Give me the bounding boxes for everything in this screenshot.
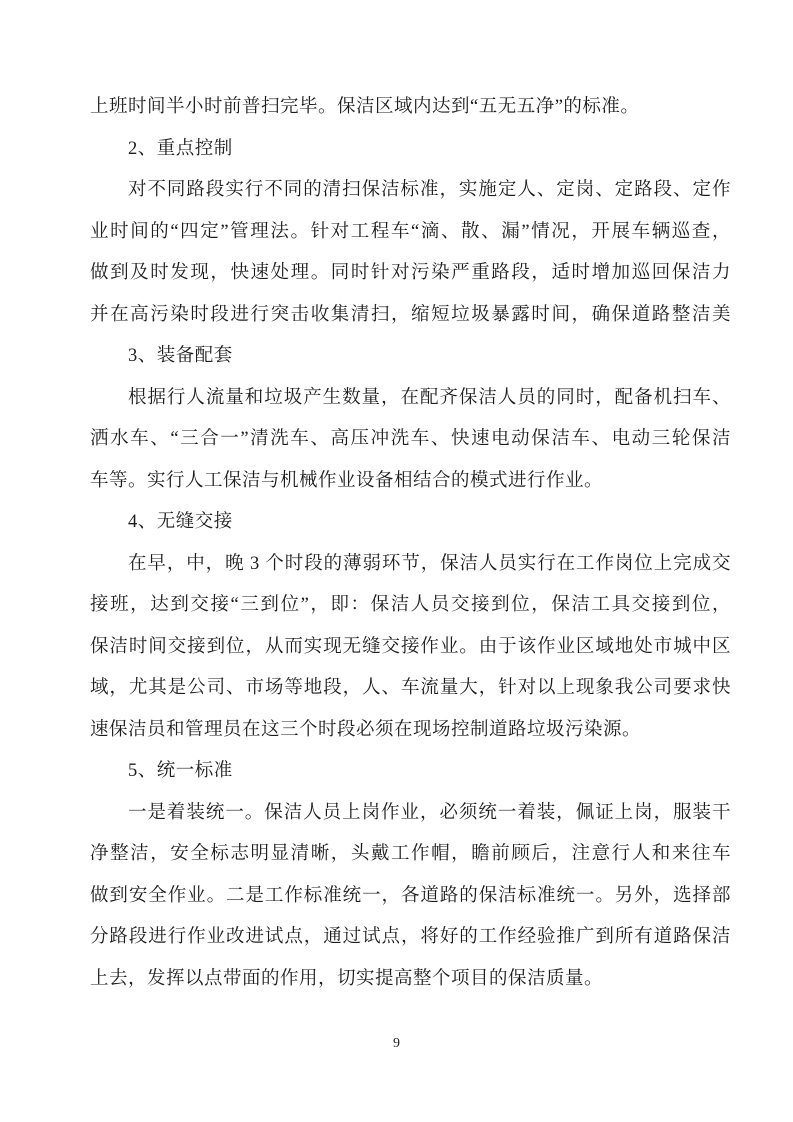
paragraph-line: 车等。实行人工保洁与机械作业设备相结合的模式进行作业。 xyxy=(90,461,731,503)
section-heading-equipment: 3、装备配套 xyxy=(90,336,731,378)
paragraph-line: 分路段进行作业改进试点，通过试点，将好的工作经验推广到所有道路保洁 xyxy=(90,917,731,959)
paragraph-line: 对不同路段实行不同的清扫保洁标准，实施定人、定岗、定路段、定作 xyxy=(90,170,731,212)
paragraph-line: 洒水车、“三合一”清洗车、高压冲洗车、快速电动保洁车、电动三轮保洁 xyxy=(90,419,731,461)
paragraph-line: 一是着装统一。保洁人员上岗作业，必须统一着装，佩证上岗，服装干 xyxy=(90,793,731,835)
paragraph-line: 并在高污染时段进行突击收集清扫，缩短垃圾暴露时间，确保道路整洁美观。 xyxy=(90,295,731,337)
document-page: 上班时间半小时前普扫完毕。保洁区域内达到“五无五净”的标准。 2、重点控制 对不… xyxy=(0,0,793,1122)
paragraph-line: 保洁时间交接到位，从而实现无缝交接作业。由于该作业区域地处市城中区 xyxy=(90,627,731,669)
paragraph-line: 做到安全作业。二是工作标准统一，各道路的保洁标准统一。另外，选择部 xyxy=(90,876,731,918)
paragraph-line: 业时间的“四定”管理法。针对工程车“滴、散、漏”情况，开展车辆巡查， xyxy=(90,212,731,254)
paragraph-line: 净整洁，安全标志明显清晰，头戴工作帽，瞻前顾后，注意行人和来往车辆， xyxy=(90,834,731,876)
paragraph-line: 上班时间半小时前普扫完毕。保洁区域内达到“五无五净”的标准。 xyxy=(90,87,731,129)
section-heading-key-control: 2、重点控制 xyxy=(90,129,731,171)
paragraph-line: 域，尤其是公司、市场等地段，人、车流量大，针对以上现象我公司要求快 xyxy=(90,668,731,710)
section-heading-unified-standard: 5、统一标准 xyxy=(90,751,731,793)
document-body: 上班时间半小时前普扫完毕。保洁区域内达到“五无五净”的标准。 2、重点控制 对不… xyxy=(90,87,731,1000)
paragraph-line: 做到及时发现，快速处理。同时针对污染严重路段，适时增加巡回保洁力量， xyxy=(90,253,731,295)
paragraph-line: 在早，中，晚 3 个时段的薄弱环节，保洁人员实行在工作岗位上完成交 xyxy=(90,544,731,586)
paragraph-line: 上去，发挥以点带面的作用，切实提高整个项目的保洁质量。 xyxy=(90,959,731,1001)
page-number: 9 xyxy=(0,1034,793,1054)
paragraph-line: 接班，达到交接“三到位”，即：保洁人员交接到位，保洁工具交接到位， xyxy=(90,585,731,627)
paragraph-line: 根据行人流量和垃圾产生数量，在配齐保洁人员的同时，配备机扫车、 xyxy=(90,378,731,420)
paragraph-line: 速保洁员和管理员在这三个时段必须在现场控制道路垃圾污染源。 xyxy=(90,710,731,752)
section-heading-seamless-handover: 4、无缝交接 xyxy=(90,502,731,544)
